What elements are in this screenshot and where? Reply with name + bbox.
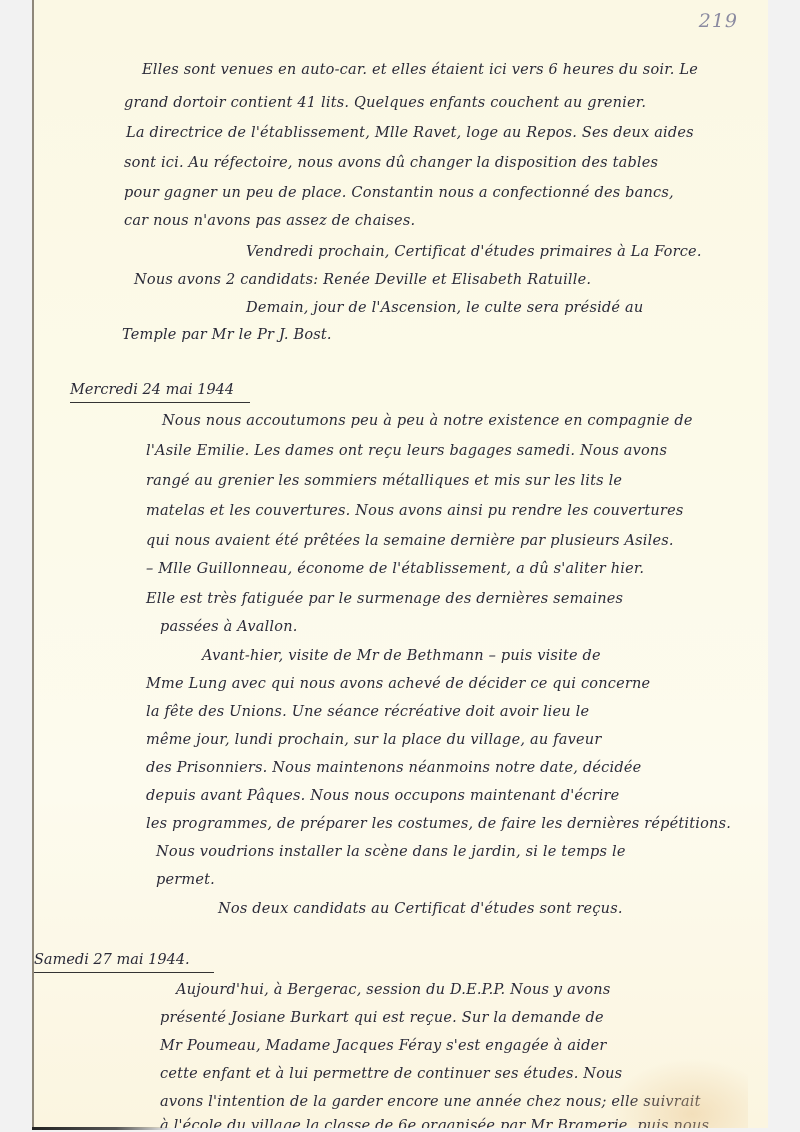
text-line: Nous voudrions installer la scène dans l…: [156, 844, 626, 860]
text-line: sont ici. Au réfectoire, nous avons dû c…: [124, 155, 658, 171]
text-line: avons l'intention de la garder encore un…: [160, 1094, 701, 1110]
text-line: les programmes, de préparer les costumes…: [146, 816, 731, 832]
text-line: matelas et les couvertures. Nous avons a…: [146, 503, 684, 519]
text-line: présenté Josiane Burkart qui est reçue. …: [160, 1010, 604, 1026]
text-line: Mr Poumeau, Madame Jacques Féray s'est e…: [160, 1038, 607, 1054]
entry-date-heading: Samedi 27 mai 1944.: [34, 952, 214, 973]
text-line: Nous avons 2 candidats: Renée Deville et…: [134, 272, 591, 288]
text-line: qui nous avaient été prêtées la semaine …: [146, 533, 674, 549]
text-line: car nous n'avons pas assez de chaises.: [124, 213, 415, 229]
text-line: – Mlle Guillonneau, économe de l'établis…: [146, 561, 644, 577]
text-line: grand dortoir contient 41 lits. Quelques…: [124, 95, 646, 111]
text-line: même jour, lundi prochain, sur la place …: [146, 732, 601, 748]
diary-page: 219 Elles sont venues en auto-car. et el…: [32, 0, 768, 1128]
text-line: Mme Lung avec qui nous avons achevé de d…: [146, 676, 650, 692]
text-line: passées à Avallon.: [160, 619, 298, 635]
text-line: Elle est très fatiguée par le surmenage …: [146, 591, 623, 607]
text-line: rangé au grenier les sommiers métallique…: [146, 473, 622, 489]
text-line: des Prisonniers. Nous maintenons néanmoi…: [146, 760, 641, 776]
page-number: 219: [699, 10, 738, 32]
text-line: cette enfant et à lui permettre de conti…: [160, 1066, 622, 1082]
text-line: Elles sont venues en auto-car. et elles …: [142, 62, 698, 78]
text-line: Nous nous accoutumons peu à peu à notre …: [162, 413, 693, 429]
text-line: à l'école du village la classe de 6e org…: [160, 1118, 709, 1128]
text-line: Temple par Mr le Pr J. Bost.: [122, 327, 332, 343]
text-line: depuis avant Pâques. Nous nous occupons …: [146, 788, 619, 804]
text-line: Avant-hier, visite de Mr de Bethmann – p…: [202, 648, 601, 664]
entry-date-heading: Mercredi 24 mai 1944: [70, 382, 250, 403]
text-line: La directrice de l'établissement, Mlle R…: [126, 125, 694, 141]
text-line: permet.: [156, 872, 215, 888]
text-line: Aujourd'hui, à Bergerac, session du D.E.…: [176, 982, 610, 998]
page-bottom-edge: [32, 1127, 172, 1130]
text-line: l'Asile Emilie. Les dames ont reçu leurs…: [146, 443, 667, 459]
text-line: Nos deux candidats au Certificat d'étude…: [218, 901, 623, 917]
text-line: Vendredi prochain, Certificat d'études p…: [246, 244, 702, 260]
text-line: Demain, jour de l'Ascension, le culte se…: [246, 300, 643, 316]
text-line: la fête des Unions. Une séance récréativ…: [146, 704, 589, 720]
text-line: pour gagner un peu de place. Constantin …: [124, 185, 674, 201]
